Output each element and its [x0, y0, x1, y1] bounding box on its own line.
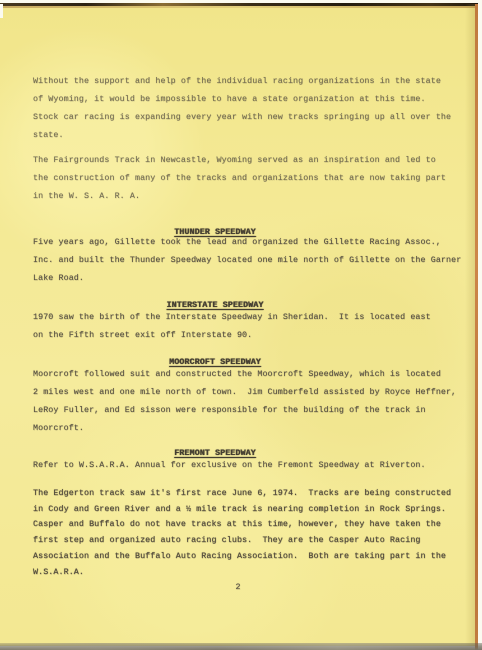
section-body-fremont-speedway: Refer to W.S.A.R.A. Annual for exclusive… [33, 457, 463, 475]
paper-right-shadow [465, 4, 475, 646]
closing-paragraph: The Edgerton track saw it's first race J… [33, 486, 463, 580]
scan-right-margin [478, 0, 482, 650]
page-number: 2 [0, 579, 476, 597]
scan-corner-top-left [0, 4, 3, 18]
paper-bottom-shadow [0, 643, 482, 650]
intro-paragraph-1: Without the support and help of the indi… [33, 73, 463, 145]
section-body-thunder-speedway: Five years ago, Gillette took the lead a… [33, 234, 463, 288]
paper-top-edge-highlight [0, 6, 478, 8]
scanned-document-page: Without the support and help of the indi… [0, 0, 482, 650]
paper-right-edge [475, 4, 478, 650]
section-body-interstate-speedway: 1970 saw the birth of the Interstate Spe… [33, 309, 463, 345]
section-body-moorcroft-speedway: Moorcroft followed suit and constructed … [33, 366, 463, 438]
intro-paragraph-2: The Fairgrounds Track in Newcastle, Wyom… [33, 152, 463, 206]
